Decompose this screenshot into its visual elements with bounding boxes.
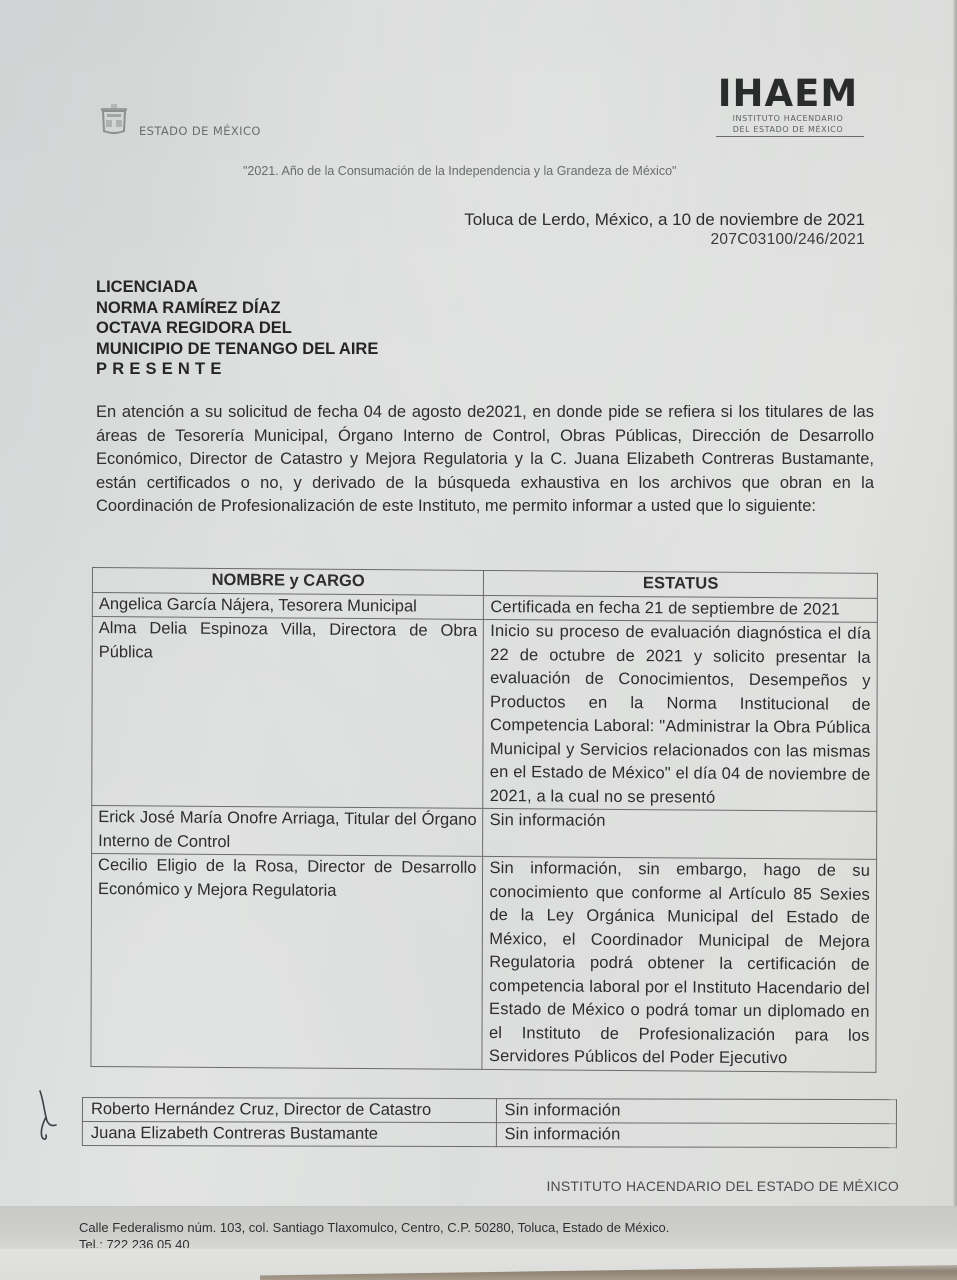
footer-phone: Tel.: 722 236 05 40 — [79, 1238, 190, 1248]
header-nombre-cargo: NOMBRE y CARGO — [92, 568, 484, 595]
addressee-block: LICENCIADA NORMA RAMÍREZ DÍAZ OCTAVA REG… — [96, 277, 378, 380]
handwritten-initial-icon — [34, 1085, 60, 1143]
footer-institute-name: INSTITUTO HACENDARIO DEL ESTADO DE MÉXIC… — [546, 1178, 899, 1194]
certification-status-table: NOMBRE y CARGO ESTATUS Angelica García N… — [90, 567, 878, 1072]
table-row: Erick José María Onofre Arriaga, Titular… — [92, 805, 877, 859]
row-name: Alma Delia Espinoza Villa, Directora de … — [92, 617, 484, 809]
folio-number: 207C03100/246/2021 — [710, 231, 865, 249]
place-date: Toluca de Lerdo, México, a 10 de noviemb… — [464, 210, 865, 230]
row-name: Angelica García Nájera, Tesorera Municip… — [92, 592, 484, 619]
row-status: Certificada en fecha 21 de septiembre de… — [484, 595, 878, 622]
ihaem-underline — [716, 136, 864, 137]
body-paragraph: En atención a su solicitud de fecha 04 d… — [96, 401, 874, 519]
addressee-name: NORMA RAMÍREZ DÍAZ — [96, 298, 378, 319]
row-status: Sin información — [496, 1099, 896, 1124]
addressee-municipality: MUNICIPIO DE TENANGO DEL AIRE — [96, 339, 378, 360]
row-status: Sin información, sin embargo, hago de su… — [482, 856, 876, 1071]
year-motto: "2021. Año de la Consumación de la Indep… — [243, 164, 676, 178]
table-row: Alma Delia Espinoza Villa, Directora de … — [92, 617, 878, 812]
ihaem-logo: IHAEM INSTITUTO HACENDARIO DEL ESTADO DE… — [708, 76, 868, 137]
ihaem-subtitle-line1: INSTITUTO HACENDARIO — [708, 114, 868, 123]
paper-edge — [953, 0, 957, 1280]
addressee-title: LICENCIADA — [96, 277, 378, 298]
footer-address: Calle Federalismo núm. 103, col. Santiag… — [79, 1220, 669, 1235]
estado-de-mexico-coat-of-arms-icon — [97, 103, 131, 137]
header-estatus: ESTATUS — [484, 570, 878, 597]
row-name: Roberto Hernández Cruz, Director de Cata… — [82, 1098, 496, 1123]
row-status: Sin información — [483, 808, 877, 859]
state-label: ESTADO DE MÉXICO — [139, 124, 261, 138]
ihaem-subtitle-line2: DEL ESTADO DE MÉXICO — [708, 125, 868, 134]
table-row: Roberto Hernández Cruz, Director de Cata… — [82, 1098, 896, 1124]
row-name: Erick José María Onofre Arriaga, Titular… — [92, 805, 484, 856]
certification-status-table-lower: Roberto Hernández Cruz, Director de Cata… — [82, 1097, 897, 1148]
addressee-presente: PRESENTE — [96, 359, 378, 380]
row-name: Cecilio Eligio de la Rosa, Director de D… — [91, 853, 483, 1068]
ihaem-wordmark: IHAEM — [708, 76, 868, 112]
row-name: Juana Elizabeth Contreras Bustamante — [82, 1122, 496, 1147]
row-status: Sin información — [496, 1123, 896, 1148]
table-row: Cecilio Eligio de la Rosa, Director de D… — [91, 853, 877, 1071]
addressee-position: OCTAVA REGIDORA DEL — [96, 318, 378, 339]
table-row: Juana Elizabeth Contreras Bustamante Sin… — [82, 1122, 896, 1148]
row-status: Inicio su proceso de evaluación diagnóst… — [483, 619, 877, 811]
